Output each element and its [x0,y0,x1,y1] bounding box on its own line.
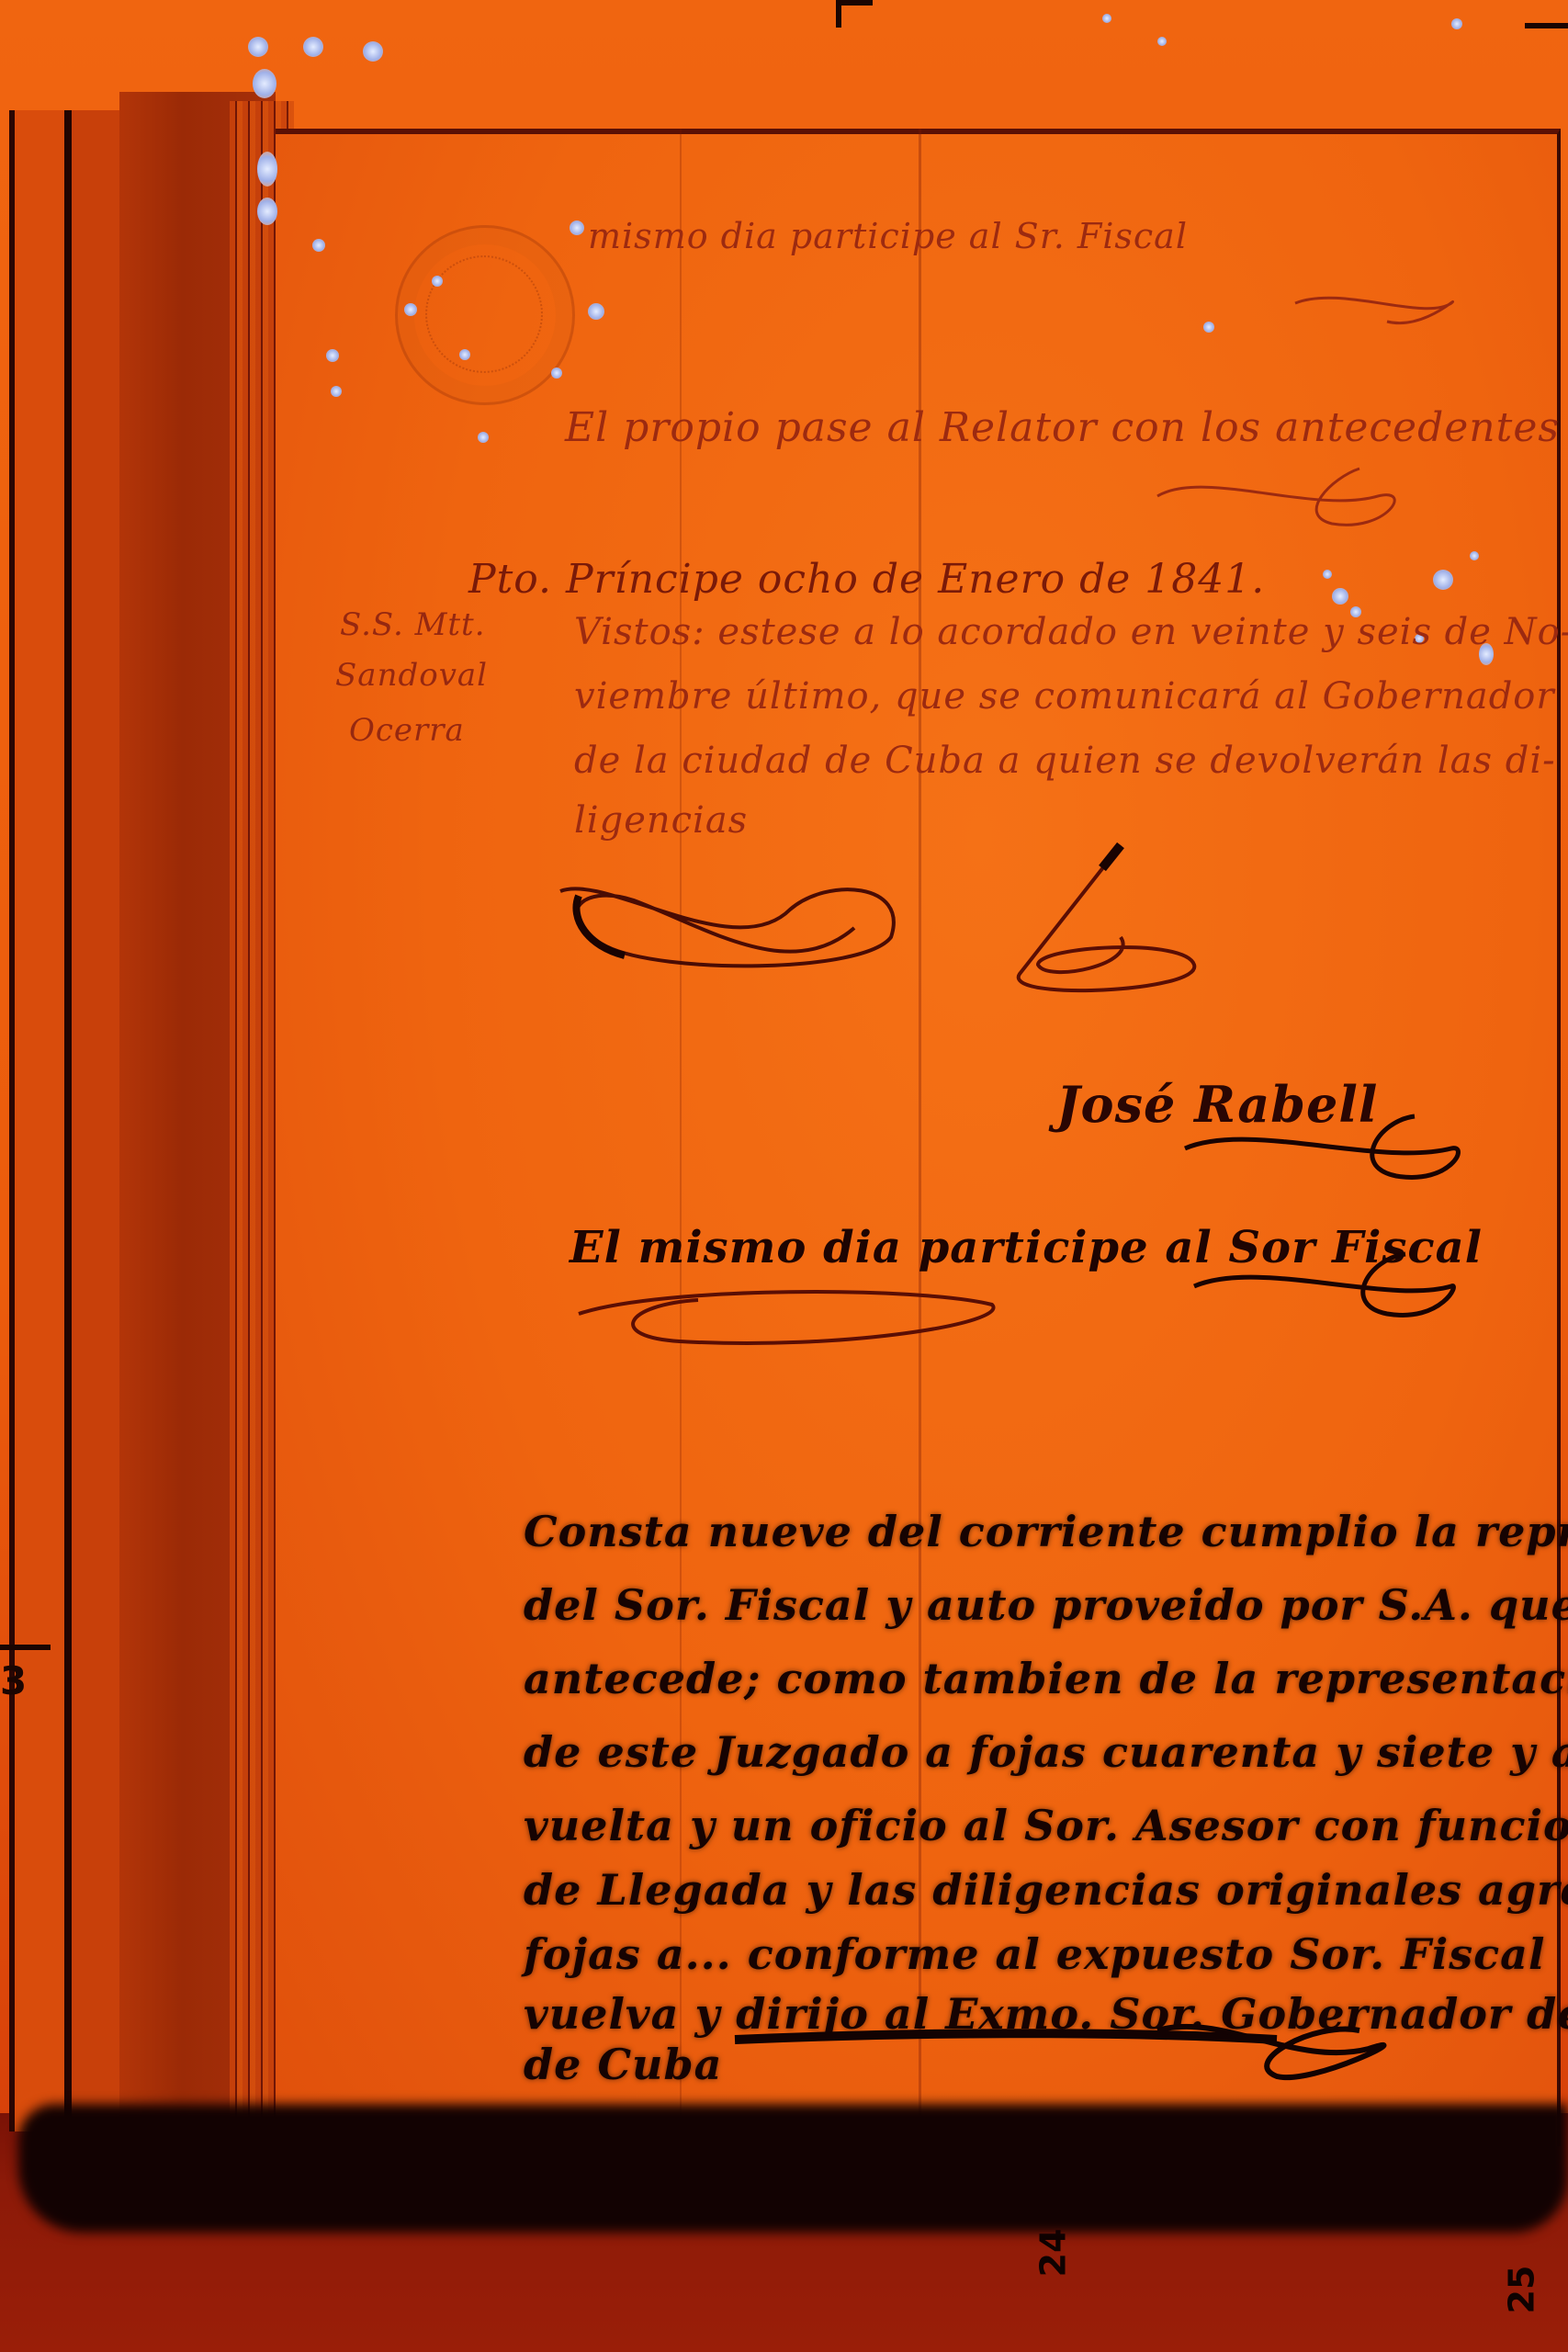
closing-line: vuelta y un oficio al Sor. Asesor con fu… [524,1801,1568,1850]
ruler-number: 25 [1501,2266,1541,2314]
rubric-flourish-icon [1286,276,1470,349]
top-note-line-1: mismo dia participe al Sr. Fiscal [588,216,1188,256]
ruler-tick [0,1645,51,1650]
closing-line: de Llegada y las diligencias originales … [524,1865,1568,1915]
rubric-flourish-icon [570,1277,1010,1360]
margin-name: S.S. Mtt. [340,606,486,643]
margin-name: Ocerra [349,712,465,749]
rubric-flourish-icon [1185,1249,1461,1332]
decree-line: Vistos: estese a lo acordado en veinte y… [574,611,1568,653]
decree-line: de la ciudad de Cuba a quien se devolver… [574,740,1556,782]
underlying-sheet [9,110,70,2131]
ruler-tick [836,0,873,6]
embossed-seal-icon [395,225,575,405]
decree-line: ligencias [574,799,748,842]
rubric-flourish-icon [726,2012,1479,2095]
rubric-flourish-icon [551,873,919,983]
ruler-tick [1525,23,1568,28]
rubric-flourish-icon [983,836,1222,1001]
closing-line: del Sor. Fiscal y auto proveido por S.A.… [524,1580,1568,1630]
margin-name: Sandoval [335,657,488,694]
scan-shadow [18,2104,1568,2233]
underlying-sheet [64,110,127,2131]
rubric-flourish-icon [1148,459,1424,542]
closing-line: de Cuba [524,2040,722,2089]
decree-date-heading: Pto. Príncipe ocho de Enero de 1841. [468,556,1265,603]
decree-line: viembre último, que se comunicará al Gob… [574,675,1555,718]
top-note-line-2: El propio pase al Relator con los antece… [565,404,1560,451]
closing-line: de este Juzgado a fojas cuarenta y siete… [524,1727,1568,1777]
ruler-number: 3 [0,1658,27,1703]
ruler-number: 24 [1032,2229,1073,2278]
closing-line: fojas a... conforme al expuesto Sor. Fis… [524,1929,1545,1979]
closing-line: antecede; como tambien de la representac… [524,1654,1568,1703]
closing-line: Consta nueve del corriente cumplio la re… [524,1507,1568,1556]
rubric-flourish-icon [1176,1112,1470,1194]
